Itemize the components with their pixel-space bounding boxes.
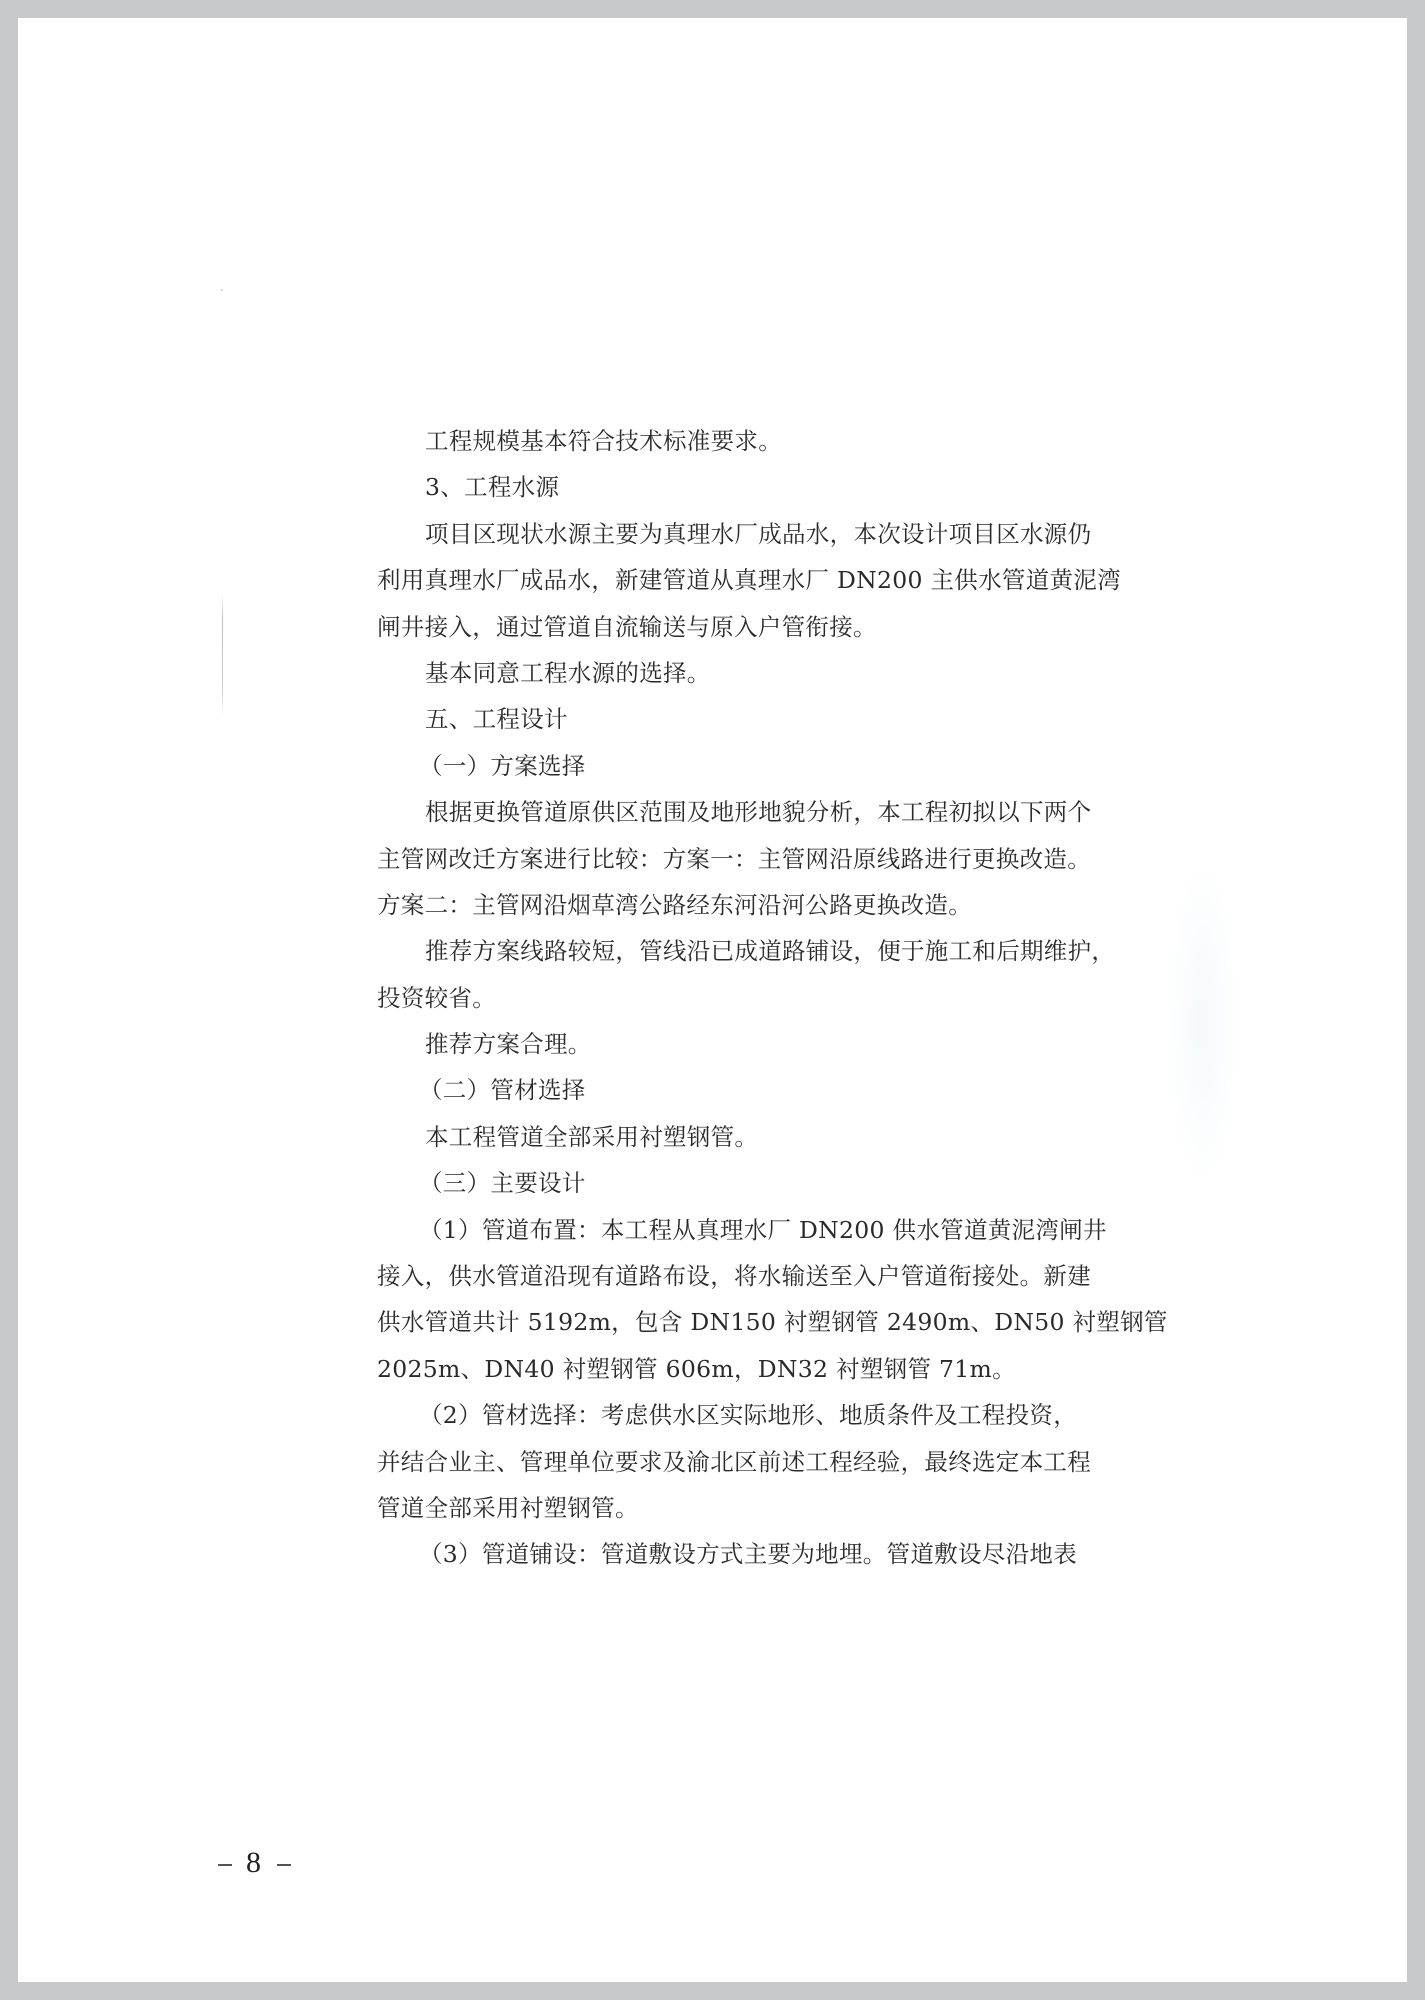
subsection-heading: （三）主要设计 <box>377 1160 1077 1206</box>
subsection-heading: （二）管材选择 <box>377 1067 1077 1113</box>
paragraph-line: 推荐方案线路较短，管线沿已成道路铺设，便于施工和后期维护， <box>377 928 1077 974</box>
paragraph-line: 接入，供水管道沿现有道路布设，将水输送至入户管道衔接处。新建 <box>377 1253 1077 1299</box>
document-body: 工程规模基本符合技术标准要求。 3、工程水源 项目区现状水源主要为真理水厂成品水… <box>377 418 1077 1578</box>
paragraph-line: （2）管材选择：考虑供水区实际地形、地质条件及工程投资， <box>377 1392 1077 1438</box>
paragraph-line: 本工程管道全部采用衬塑钢管。 <box>377 1114 1077 1160</box>
scan-artifact <box>1168 858 1238 1188</box>
dash-left <box>218 1864 232 1866</box>
paragraph-line: 基本同意工程水源的选择。 <box>377 650 1077 696</box>
paragraph-line: 并结合业主、管理单位要求及渝北区前述工程经验，最终选定本工程 <box>377 1439 1077 1485</box>
paragraph-line: 投资较省。 <box>377 975 1077 1021</box>
paragraph-line: 闸井接入，通过管道自流输送与原入户管衔接。 <box>377 604 1077 650</box>
paragraph-line: 方案二：主管网沿烟草湾公路经东河沿河公路更换改造。 <box>377 882 1077 928</box>
paragraph-line: 推荐方案合理。 <box>377 1021 1077 1067</box>
paragraph-line: 工程规模基本符合技术标准要求。 <box>377 418 1077 464</box>
paragraph-line: 利用真理水厂成品水，新建管道从真理水厂 DN200 主供水管道黄泥湾 <box>377 557 1077 603</box>
scan-artifact <box>221 289 223 291</box>
page-number: 8 <box>204 1846 305 1880</box>
subsection-heading: （一）方案选择 <box>377 743 1077 789</box>
paragraph-line: 项目区现状水源主要为真理水厂成品水，本次设计项目区水源仍 <box>377 511 1077 557</box>
section-heading: 五、工程设计 <box>377 696 1077 742</box>
paragraph-line: （3）管道铺设：管道敷设方式主要为地埋。管道敷设尽沿地表 <box>377 1531 1077 1577</box>
paragraph-line: （1）管道布置：本工程从真理水厂 DN200 供水管道黄泥湾闸井 <box>377 1207 1077 1253</box>
paragraph-line: 主管网改迁方案进行比较：方案一：主管网沿原线路进行更换改造。 <box>377 836 1077 882</box>
scan-artifact <box>222 594 223 716</box>
paragraph-line: 根据更换管道原供区范围及地形地貌分析，本工程初拟以下两个 <box>377 789 1077 835</box>
dash-right <box>277 1864 291 1866</box>
paragraph-line: 2025m、DN40 衬塑钢管 606m，DN32 衬塑钢管 71m。 <box>377 1346 1077 1392</box>
section-heading: 3、工程水源 <box>377 464 1077 510</box>
page-number-value: 8 <box>246 1846 263 1879</box>
paragraph-line: 管道全部采用衬塑钢管。 <box>377 1485 1077 1531</box>
paragraph-line: 供水管道共计 5192m，包含 DN150 衬塑钢管 2490m、DN50 衬塑… <box>377 1299 1077 1345</box>
